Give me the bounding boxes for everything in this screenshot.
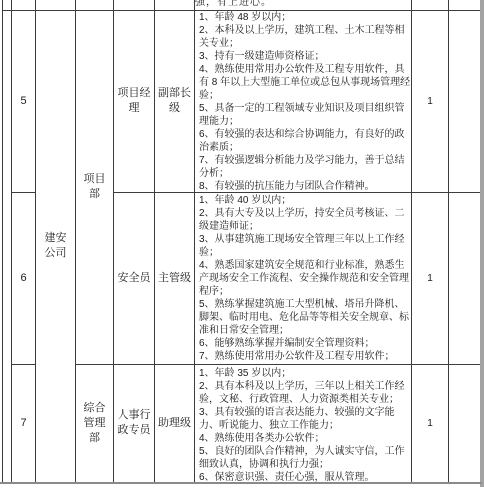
department-cell: 综合 管理 部 xyxy=(76,364,113,482)
requirements-cell: 1、年龄 40 岁以内； 2、具有大专及以上学历，持安全员考核证、二级建造师证；… xyxy=(195,193,411,364)
position-cell: 人事行 政专员 xyxy=(114,364,154,482)
requirements-cell: 1、年龄 48 岁以内； 2、本科及以上学历，建筑工程、土木工程等相关专业； 3… xyxy=(195,10,411,192)
headcount-cell: 1 xyxy=(412,364,448,482)
clipped-previous-row-text: 强，有上进心。 xyxy=(195,0,411,9)
level-cell: 副部长 级 xyxy=(155,10,194,192)
empty-cell xyxy=(449,10,479,192)
row-number-cell: 7 xyxy=(12,364,35,482)
requirements-cell: 1、年龄 35 岁以内； 2、具有本科及以上学历，三年以上相关工作经验，文秘、行… xyxy=(195,366,411,482)
row-number-cell: 5 xyxy=(12,10,35,192)
position-cell: 安全员 xyxy=(114,192,154,364)
position-cell: 项目经 理 xyxy=(114,10,154,192)
level-cell: 主管级 xyxy=(155,192,194,364)
recruitment-table-screenshot: { "page": { "background": "#ffffff", "gr… xyxy=(0,0,484,490)
row-number-cell: 6 xyxy=(12,192,35,364)
empty-cell xyxy=(449,364,479,482)
window-right-edge xyxy=(480,0,484,487)
headcount-cell: 1 xyxy=(412,10,448,192)
department-cell: 项目 部 xyxy=(76,10,113,364)
empty-cell xyxy=(449,192,479,364)
company-cell: 建安 公司 xyxy=(36,10,75,482)
headcount-cell: 1 xyxy=(412,192,448,364)
table-left-outer-border xyxy=(2,0,3,482)
table-bottom-border xyxy=(0,482,482,484)
level-cell: 助理级 xyxy=(155,364,194,482)
